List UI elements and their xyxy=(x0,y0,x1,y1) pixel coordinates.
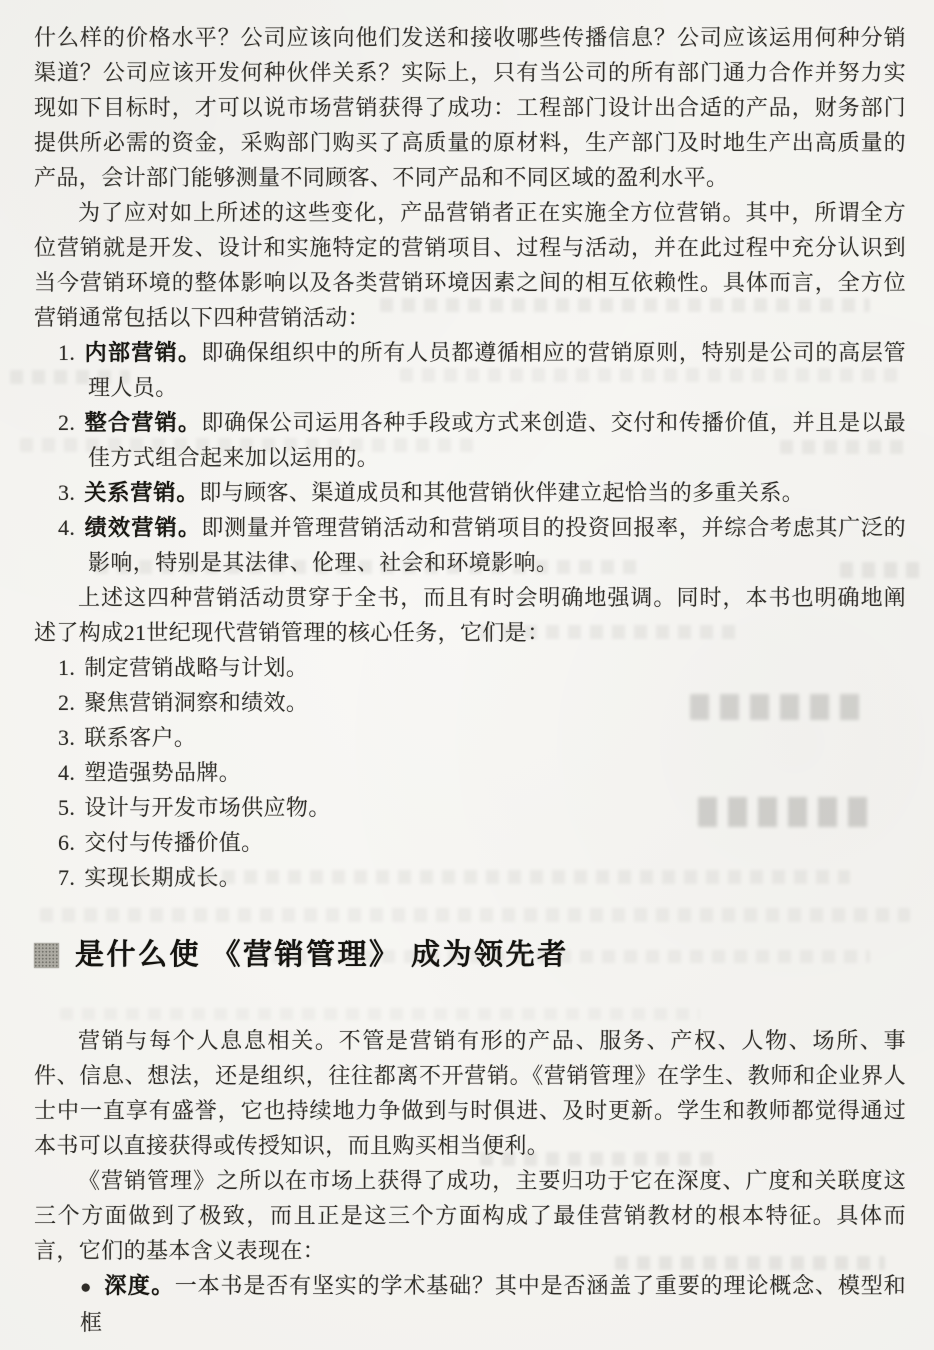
bold-term: 整合营销。 xyxy=(84,410,201,435)
bullet-dot-icon: ● xyxy=(80,1277,92,1298)
paragraph-core-tasks-intro: 上述这四种营销活动贯穿于全书，而且有时会明确地强调。同时，本书也明确地阐述了构成… xyxy=(34,580,906,650)
paragraph-marketing-relevance: 营销与每个人息息相关。不管是营销有形的产品、服务、产权、人物、场所、事件、信息、… xyxy=(34,1023,906,1163)
list-item-task: 2.聚焦营销洞察和绩效。 xyxy=(58,685,906,720)
list-item-text: 即确保公司运用各种手段或方式来创造、交付和传播价值，并且是以最佳方式组合起来加以… xyxy=(88,410,906,470)
bold-term: 关系营销。 xyxy=(84,480,199,505)
bold-term: 绩效营销。 xyxy=(84,515,201,540)
list-number: 2. xyxy=(58,410,75,435)
list-item-task: 5.设计与开发市场供应物。 xyxy=(58,790,906,825)
list-item-task: 4.塑造强势品牌。 xyxy=(58,755,906,790)
list-item-text: 一本书是否有坚实的学术基础？其中是否涵盖了重要的理论概念、模型和框 xyxy=(80,1273,906,1335)
list-number: 2. xyxy=(58,690,75,715)
list-item-text: 即测量并管理营销活动和营销项目的投资回报率，并综合考虑其广泛的影响，特别是其法律… xyxy=(88,515,906,575)
list-item-text: 联系客户。 xyxy=(84,725,196,750)
bold-term: 深度。 xyxy=(104,1273,174,1298)
section-heading: 是什么使 《营销管理》 成为领先者 xyxy=(34,935,906,975)
bleed-through-artifact xyxy=(40,908,910,922)
list-item-task: 1.制定营销战略与计划。 xyxy=(58,650,906,685)
list-item-text: 交付与传播价值。 xyxy=(84,830,263,855)
list-item-text: 实现长期成长。 xyxy=(84,865,241,890)
list-number: 3. xyxy=(58,725,75,750)
list-item-depth: ●深度。一本书是否有坚实的学术基础？其中是否涵盖了重要的理论概念、模型和框 xyxy=(80,1268,906,1340)
list-item-task: 6.交付与传播价值。 xyxy=(58,825,906,860)
list-number: 4. xyxy=(58,760,75,785)
list-item-performance-marketing: 4.绩效营销。即测量并管理营销活动和营销项目的投资回报率，并综合考虑其广泛的影响… xyxy=(58,510,906,580)
list-number: 6. xyxy=(58,830,75,855)
paragraph-opening-questions: 什么样的价格水平？公司应该向他们发送和接收哪些传播信息？公司应该运用何种分销渠道… xyxy=(34,20,906,195)
section-heading-text: 是什么使 《营销管理》 成为领先者 xyxy=(75,935,569,975)
section-square-marker-icon xyxy=(34,943,59,968)
list-item-text: 聚焦营销洞察和绩效。 xyxy=(84,690,308,715)
list-number: 3. xyxy=(58,480,75,505)
scanned-book-page: 什么样的价格水平？公司应该向他们发送和接收哪些传播信息？公司应该运用何种分销渠道… xyxy=(0,0,934,1350)
list-number: 7. xyxy=(58,865,75,890)
paragraph-book-success: 《营销管理》之所以在市场上获得了成功，主要归功于它在深度、广度和关联度这三个方面… xyxy=(34,1163,906,1268)
list-item-text: 塑造强势品牌。 xyxy=(84,760,241,785)
list-item-task: 3.联系客户。 xyxy=(58,720,906,755)
list-marketing-activities: 1.内部营销。即确保组织中的所有人员都遵循相应的营销原则，特别是公司的高层管理人… xyxy=(58,335,906,580)
list-item-text: 设计与开发市场供应物。 xyxy=(84,795,330,820)
list-number: 1. xyxy=(58,340,75,365)
list-number: 5. xyxy=(58,795,75,820)
list-item-task: 7.实现长期成长。 xyxy=(58,860,906,895)
list-item-text: 制定营销战略与计划。 xyxy=(84,655,308,680)
list-item-integrated-marketing: 2.整合营销。即确保公司运用各种手段或方式来创造、交付和传播价值，并且是以最佳方… xyxy=(58,405,906,475)
list-item-text: 即确保组织中的所有人员都遵循相应的营销原则，特别是公司的高层管理人员。 xyxy=(88,340,906,400)
list-item-text: 即与顾客、渠道成员和其他营销伙伴建立起恰当的多重关系。 xyxy=(199,480,804,505)
list-item-relationship-marketing: 3.关系营销。即与顾客、渠道成员和其他营销伙伴建立起恰当的多重关系。 xyxy=(58,475,906,510)
bold-term: 内部营销。 xyxy=(84,340,201,365)
list-item-internal-marketing: 1.内部营销。即确保组织中的所有人员都遵循相应的营销原则，特别是公司的高层管理人… xyxy=(58,335,906,405)
list-core-tasks: 1.制定营销战略与计划。 2.聚焦营销洞察和绩效。 3.联系客户。 4.塑造强势… xyxy=(58,650,906,895)
list-number: 1. xyxy=(58,655,75,680)
list-number: 4. xyxy=(58,515,75,540)
bleed-through-artifact xyxy=(60,1008,700,1020)
paragraph-holistic-marketing: 为了应对如上所述的这些变化，产品营销者正在实施全方位营销。其中，所谓全方位营销就… xyxy=(34,195,906,335)
